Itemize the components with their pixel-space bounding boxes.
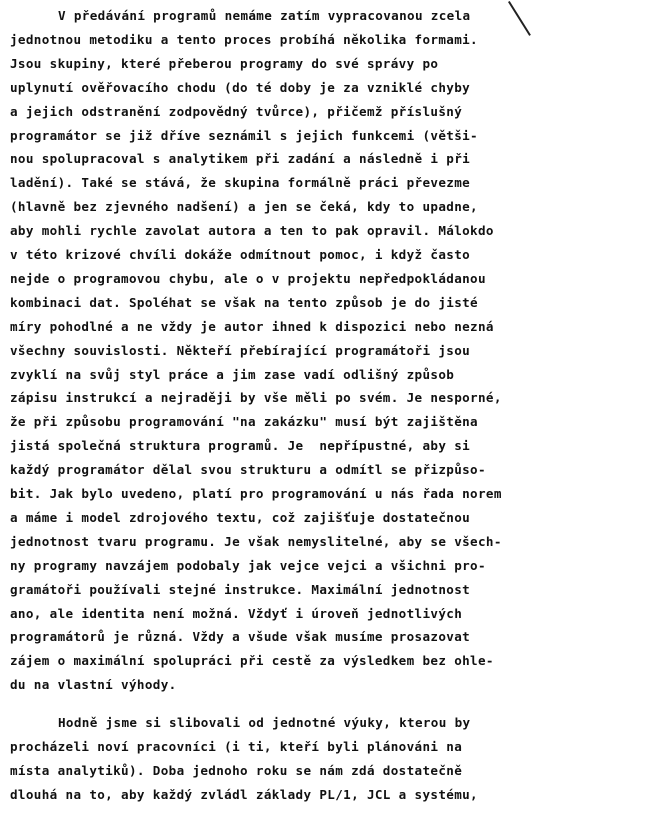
text-line: v této krizové chvíli dokáže odmítnout p…	[10, 247, 470, 262]
text-line: ano, ale identita není možná. Vždyť i úr…	[10, 606, 462, 621]
text-line: programátorů je různá. Vždy a všude však…	[10, 629, 470, 644]
pen-mark	[508, 1, 531, 36]
text-line: míry pohodlné a ne vždy je autor ihned k…	[10, 319, 494, 334]
text-line: ny programy navzájem podobaly jak vejce …	[10, 558, 486, 573]
text-line: jednotnost tvaru programu. Je však nemys…	[10, 534, 502, 549]
text-line: že při způsobu programování "na zakázku"…	[10, 414, 478, 429]
text-line: Jsou skupiny, které přeberou programy do…	[10, 56, 438, 71]
text-line: procházeli noví pracovníci (i ti, kteří …	[10, 739, 462, 754]
text-line: du na vlastní výhody.	[10, 677, 177, 692]
text-line: kombinaci dat. Spoléhat se však na tento…	[10, 295, 478, 310]
scanned-page: V předávání programů nemáme zatím vyprac…	[0, 0, 659, 833]
text-line: a jejich odstranění zodpovědný tvůrce), …	[10, 104, 462, 119]
text-line: místa analytiků). Doba jednoho roku se n…	[10, 763, 462, 778]
text-line: zápisu instrukcí a nejraději by vše měli…	[10, 390, 502, 405]
text-line: zájem o maximální spolupráci při cestě z…	[10, 653, 494, 668]
text-line: aby mohli rychle zavolat autora a ten to…	[10, 223, 494, 238]
text-line: programátor se již dříve seznámil s jeji…	[10, 128, 478, 143]
text-line: nejde o programovou chybu, ale o v proje…	[10, 271, 486, 286]
text-line: zvyklí na svůj styl práce a jim zase vad…	[10, 367, 454, 382]
text-line: všechny souvislosti. Někteří přebírající…	[10, 343, 470, 358]
text-line: každý programátor dělal svou strukturu a…	[10, 462, 486, 477]
text-line: jistá společná struktura programů. Je ne…	[10, 438, 470, 453]
text-line: jednotnou metodiku a tento proces probíh…	[10, 32, 478, 47]
text-line: gramátoři používali stejné instrukce. Ma…	[10, 582, 470, 597]
text-line: ladění). Také se stává, že skupina formá…	[10, 175, 470, 190]
text-line: Hodně jsme si slibovali od jednotné výuk…	[58, 715, 470, 730]
text-line: bit. Jak bylo uvedeno, platí pro program…	[10, 486, 502, 501]
text-line: V předávání programů nemáme zatím vyprac…	[58, 8, 470, 23]
text-line: a máme i model zdrojového textu, což zaj…	[10, 510, 470, 525]
text-line: dlouhá na to, aby každý zvládl základy P…	[10, 787, 478, 802]
text-line: uplynutí ověřovacího chodu (do té doby j…	[10, 80, 470, 95]
text-line: nou spolupracoval s analytikem při zadán…	[10, 151, 470, 166]
text-line: (hlavně bez zjevného nadšení) a jen se č…	[10, 199, 478, 214]
